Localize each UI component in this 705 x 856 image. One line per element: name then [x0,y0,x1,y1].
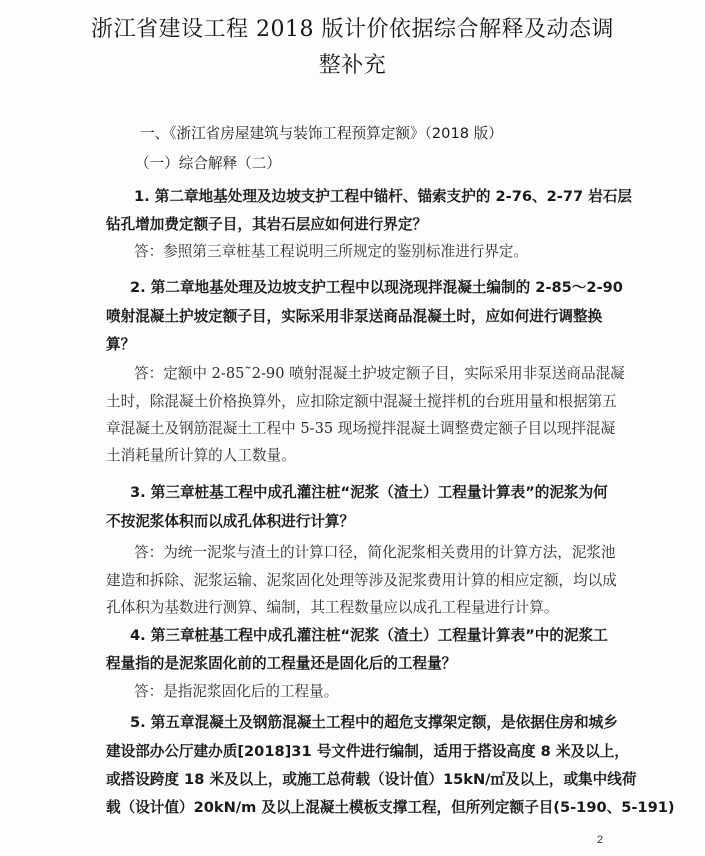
question-5-line-1: 5. 第五章混凝土及钢筋混凝土工程中的超危支撑架定额，是依据住房和城乡 [130,711,618,732]
answer-3-line-2: 建造和拆除、泥浆运输、泥浆固化处理等涉及泥浆费用计算的相应定额，均以成 [106,569,617,590]
question-1-line-1: 1. 第二章地基处理及边坡支护工程中锚杆、锚索支护的 2-76、2-77 岩石层 [134,185,632,206]
answer-2-line-2: 土时，除混凝土价格换算外，应扣除定额中混凝土搅拌机的台班用量和根据第五 [106,390,617,411]
question-5-line-4: 载（设计值）20kN/m 及以上混凝土模板支撑工程，但所列定额子目(5-190、… [106,796,675,817]
section-subheading: （一）综合解释（二） [135,152,281,173]
section-heading: 一、《浙江省房屋建筑与装饰工程预算定额》（2018 版） [140,122,503,143]
question-4-line-2: 程量指的是泥浆固化前的工程量还是固化后的工程量？ [106,652,456,673]
answer-4-line-1: 答：是指泥浆固化后的工程量。 [134,680,338,701]
question-3-line-1: 3. 第三章桩基工程中成孔灌注桩“泥浆（渣土）工程量计算表”的泥浆为何 [130,481,608,502]
answer-2-line-4: 土消耗量所计算的人工数量。 [106,444,296,465]
question-5-line-3: 或搭设跨度 18 米及以上，或施工总荷载（设计值）15kN/㎡及以上，或集中线荷 [106,768,636,789]
answer-2-line-3: 章混凝土及钢筋混凝土工程中 5-35 现场搅拌混凝土调整费定额子目以现拌混凝 [106,417,615,438]
question-3-line-2: 不按泥浆体积而以成孔体积进行计算？ [106,510,354,531]
answer-1-line-1: 答：参照第三章桩基工程说明三所规定的鉴别标准进行界定。 [134,240,528,261]
answer-2-line-1: 答：定额中 2-85˜2-90 喷射混凝土护坡定额子目，实际采用非泵送商品混凝 [134,362,625,383]
answer-3-line-3: 孔体积为基数进行测算、编制，其工程数量应以成孔工程量进行计算。 [106,596,558,617]
page-number: 2 [597,834,603,846]
question-1-line-2: 钻孔增加费定额子目，其岩石层应如何进行界定？ [106,213,427,234]
question-2-line-2: 喷射混凝土护坡定额子目，实际采用非泵送商品混凝土时，应如何进行调整换 [106,305,602,326]
question-5-line-2: 建设部办公厅建办质[2018]31 号文件进行编制，适用于搭设高度 8 米及以上… [106,740,629,761]
question-2-line-1: 2. 第二章地基处理及边坡支护工程中以现浇现拌混凝土编制的 2-85～2-90 [130,276,623,297]
question-4-line-1: 4. 第三章桩基工程中成孔灌注桩“泥浆（渣土）工程量计算表”中的泥浆工 [130,624,608,645]
document-title-line-1: 浙江省建设工程 2018 版计价依据综合解释及动态调 [0,12,705,43]
question-2-line-3: 算？ [106,333,135,354]
document-page: 浙江省建设工程 2018 版计价依据综合解释及动态调 整补充 一、《浙江省房屋建… [0,0,705,856]
document-title-line-2: 整补充 [0,48,705,79]
answer-3-line-1: 答：为统一泥浆与渣土的计算口径，简化泥浆相关费用的计算方法，泥浆池 [134,541,616,562]
